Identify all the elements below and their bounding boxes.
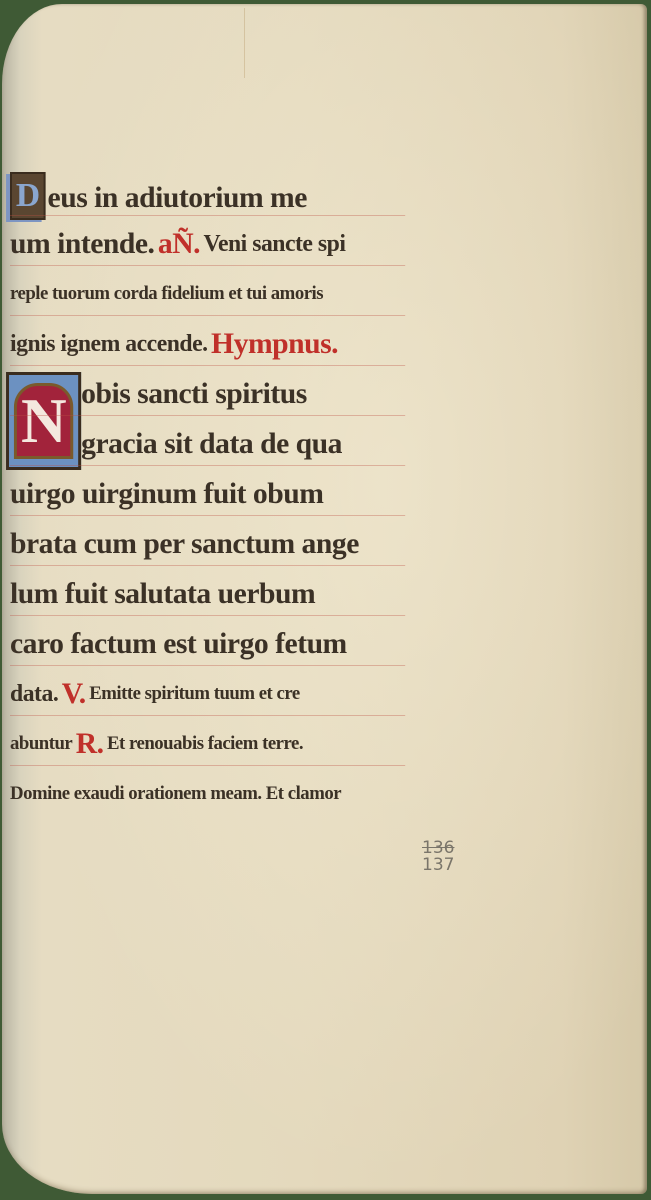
line-text: Et renouabis faciem terre. [107, 722, 303, 766]
text-line-5: N obis sancti spiritus [10, 372, 405, 422]
text-line-3: reple tuorum corda fidelium et tui amori… [10, 272, 405, 322]
ruling-line [10, 215, 405, 216]
ruling-line [10, 715, 405, 716]
line-text: um intende. [10, 222, 154, 266]
line-text: abuntur [10, 722, 72, 766]
text-line-4: ignis ignem accende. Hympnus. [10, 322, 405, 372]
line-text: Emitte spiritum tuum et cre [89, 672, 299, 716]
text-line-10: caro factum est uirgo fetum [10, 622, 405, 672]
ruling-line [10, 565, 405, 566]
ruling-line [10, 665, 405, 666]
text-line-6: gracia sit data de qua [10, 422, 405, 472]
text-block: Deus in adiutorium me um intende. aÑ. Ve… [10, 172, 410, 822]
text-line-13: Domine exaudi orationem meam. Et clamor [10, 772, 405, 822]
ruling-line [10, 465, 405, 466]
line-text: lum fuit salutata uerbum [10, 572, 315, 616]
line-text: caro factum est uirgo fetum [10, 622, 347, 666]
text-line-12: abuntur R. Et renouabis faciem terre. [10, 722, 405, 772]
line-text: brata cum per sanctum ange [10, 522, 359, 566]
ruling-line [10, 315, 405, 316]
ruling-line [10, 515, 405, 516]
rubric-versicle: V. [62, 672, 86, 716]
illuminated-initial-d: D [10, 172, 46, 220]
rubric-antiphon: aÑ. [158, 222, 200, 266]
ruling-line [10, 265, 405, 266]
text-line-1: Deus in adiutorium me [10, 172, 405, 222]
ruling-line [10, 365, 405, 366]
ruling-line [10, 765, 405, 766]
line-text: reple tuorum corda fidelium et tui amori… [10, 272, 323, 316]
text-line-7: uirgo uirginum fuit obum [10, 472, 405, 522]
text-line-8: brata cum per sanctum ange [10, 522, 405, 572]
text-line-9: lum fuit salutata uerbum [10, 572, 405, 622]
text-line-2: um intende. aÑ. Veni sancte spi [10, 222, 405, 272]
rubric-hymnus: Hympnus. [211, 322, 338, 366]
text-line-11: data. V. Emitte spiritum tuum et cre [10, 672, 405, 722]
ruling-line [10, 415, 405, 416]
ruling-line [10, 615, 405, 616]
folio-number: 136 137 [422, 840, 454, 874]
manuscript-page: Deus in adiutorium me um intende. aÑ. Ve… [2, 4, 647, 1194]
line-text: uirgo uirginum fuit obum [10, 472, 323, 516]
line-text: data. [10, 672, 58, 716]
line-text: obis sancti spiritus [81, 372, 307, 416]
folio-current-number: 137 [422, 857, 454, 874]
page-fold-mark [244, 8, 245, 78]
rubric-response: R. [76, 722, 104, 766]
line-text: Veni sancte spi [204, 222, 346, 266]
line-text: Domine exaudi orationem meam. Et clamor [10, 772, 341, 816]
line-text: eus in adiutorium me [48, 176, 307, 220]
line-text: ignis ignem accende. [10, 322, 208, 366]
line-text: gracia sit data de qua [81, 422, 342, 466]
